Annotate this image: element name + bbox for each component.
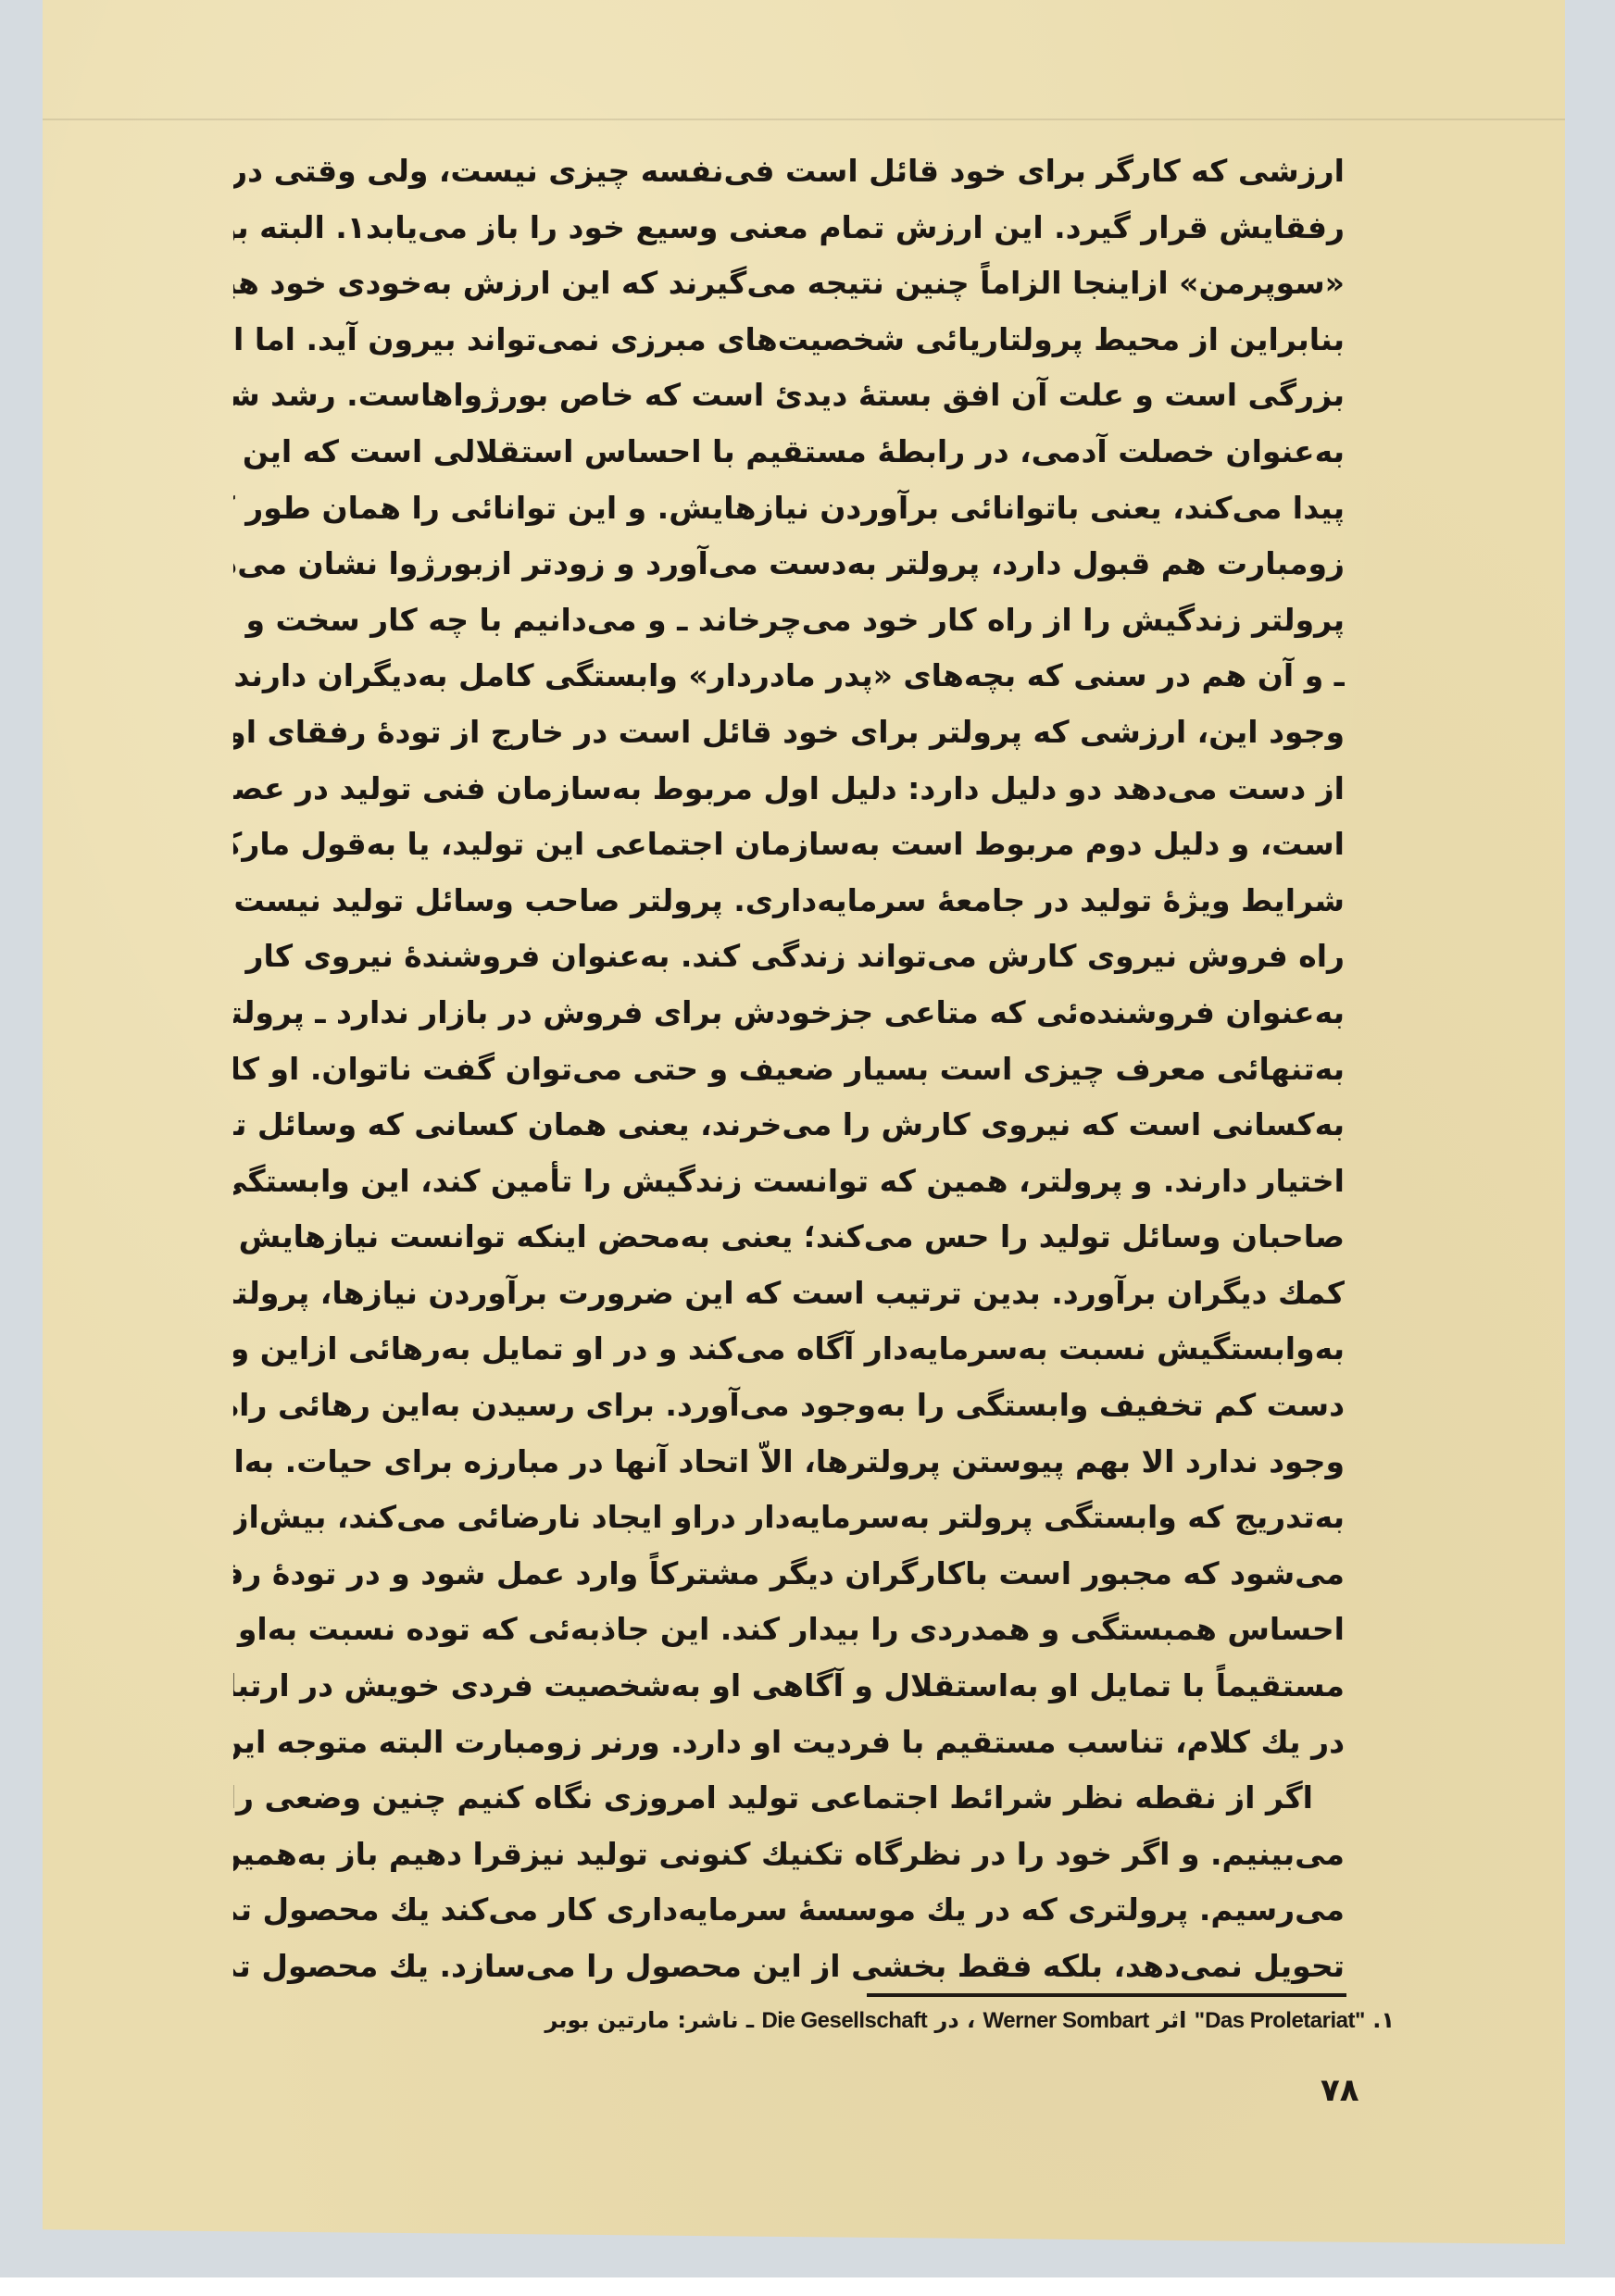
page-number: ۷۸ (1321, 2072, 1359, 2109)
text-line: به‌عنوان خصلت آدمی، در رابطهٔ مستقیم با … (233, 424, 1345, 480)
text-line: تحویل نمی‌دهد، بلکه فقط بخشی از این محصو… (233, 1939, 1345, 1995)
footnote-marker: ۱. (1372, 2007, 1395, 2033)
footnote-series: Die Gesellschaft (761, 2008, 927, 2033)
text-line: «سوپرمن» ازاینجا الزاماً چنین نتیجه می‌گ… (233, 256, 1345, 312)
text-line: پیدا می‌کند، یعنی باتوانائی برآوردن نیاز… (233, 480, 1345, 537)
text-line: بنابراین از محیط پرولتاریائی شخصیت‌های م… (233, 312, 1345, 368)
text-line: بزرگی است و علت آن افق بستهٔ دیدیٔ است ک… (233, 368, 1345, 424)
text-line: صاحبان وسائل تولید را حس می‌کند؛ یعنی به… (233, 1209, 1345, 1266)
text-line: وجود ندارد الا بهم پیوستن پرولترها، الاّ… (233, 1434, 1345, 1491)
text-line: به‌تدریج که وابستگی پرولتر به‌سرمایه‌دار… (233, 1490, 1345, 1546)
text-line: به‌عنوان فروشنده‌ئی که متاعی جزخودش برای… (233, 985, 1345, 1042)
footnote: ۱. "Das Proletariat" اثر Werner Sombart … (320, 2007, 1395, 2034)
text-line: پرولتر زندگیش را از راه کار خود می‌چرخان… (233, 593, 1345, 649)
text-line: زومبارت هم قبول دارد، پرولتر به‌دست می‌آ… (233, 536, 1345, 593)
paragraph-end-line: در یك کلام، تناسب مستقیم با فردیت او دار… (233, 1715, 1345, 1771)
text-line: می‌بینیم. و اگر خود را در نظرگاه تکنیك ک… (233, 1827, 1345, 1883)
footnote-separator (867, 1993, 1346, 1997)
text-line: ارزشی که کارگر برای خود قائل است فی‌نفسه… (233, 143, 1345, 200)
footnote-by: اثر (1157, 2007, 1186, 2033)
text-line: به‌تنهائی معرف چیزی است بسیار ضعیف و حتی… (233, 1042, 1345, 1098)
text-line: احساس همبستگی و همدردی را بیدار کند. این… (233, 1602, 1345, 1658)
text-line: به‌وابستگیش نسبت به‌سرمایه‌دار آگاه می‌ک… (233, 1321, 1345, 1378)
text-line: اختیار دارند. و پرولتر، همین که توانست ز… (233, 1154, 1345, 1210)
text-line: مستقیماً با تمایل او به‌استقلال و آگاهی … (233, 1658, 1345, 1715)
text-line: دست کم تخفیف وابستگی را به‌وجود می‌آورد.… (233, 1378, 1345, 1434)
text-line: راه فروش نیروی کارش می‌تواند زندگی کند. … (233, 929, 1345, 985)
footnote-publisher: مارتین بوبر (545, 2007, 670, 2033)
text-line: وجود این، ارزشی که پرولتر برای خود قائل … (233, 705, 1345, 761)
text-line: به‌کسانی است که نیروی کارش را می‌خرند، ی… (233, 1097, 1345, 1154)
paragraph-start-line: اگر از نقطه نظر شرائط اجتماعی تولید امرو… (233, 1770, 1345, 1827)
text-line: شرایط ویژهٔ تولید در جامعهٔ سرمایه‌داری.… (233, 873, 1345, 930)
footnote-publisher-label: ـ ناشر: (677, 2007, 754, 2033)
text-line: است، و دلیل دوم مربوط است به‌سازمان اجتم… (233, 817, 1345, 873)
book-page: ارزشی که کارگر برای خود قائل است فی‌نفسه… (43, 0, 1565, 2244)
footnote-book-title: "Das Proletariat" (1195, 2008, 1365, 2033)
footnote-in: ، در (935, 2007, 976, 2033)
paper-fold-line (43, 119, 1565, 120)
text-line: رفقایش قرار گیرد. این ارزش تمام معنی وسی… (233, 200, 1345, 256)
footnote-author: Werner Sombart (983, 2008, 1149, 2033)
text-line: می‌شود که مجبور است باکارگران دیگر مشترک… (233, 1546, 1345, 1603)
text-line: از دست می‌دهد دو دلیل دارد: دلیل اول مرب… (233, 761, 1345, 817)
body-text: ارزشی که کارگر برای خود قائل است فی‌نفسه… (233, 143, 1345, 1995)
text-line: می‌رسیم. پرولتری که در یك موسسهٔ سرمایه‌… (233, 1882, 1345, 1939)
text-line: کمك دیگران برآورد. بدین ترتیب است که این… (233, 1266, 1345, 1322)
text-line: ـ و آن هم در سنی که بچه‌های «پدر مادردار… (233, 648, 1345, 705)
